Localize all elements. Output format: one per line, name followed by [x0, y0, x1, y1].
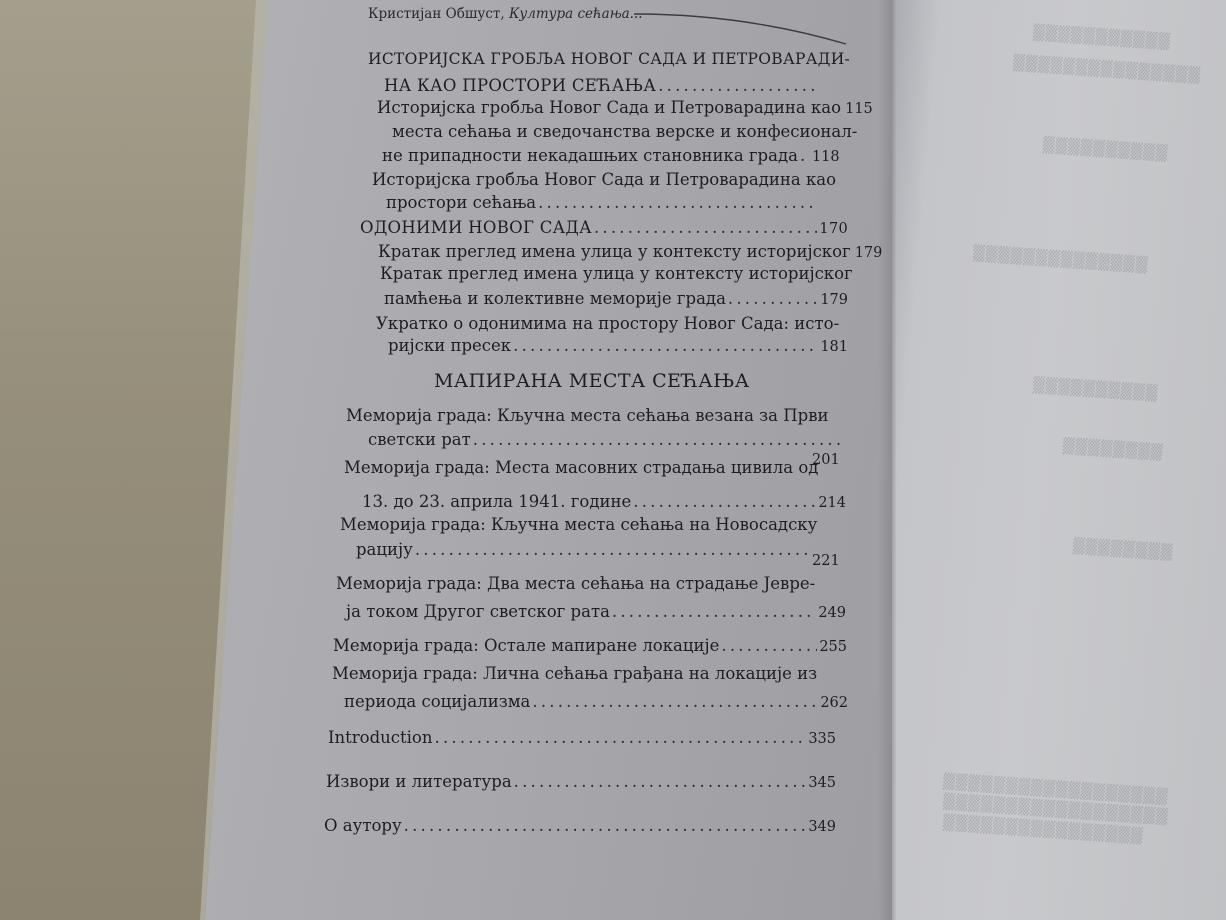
leader-dots: ........................................…: [513, 336, 818, 355]
entry-text: светски рат: [368, 430, 471, 449]
toc-entry[interactable]: простори сећања ........................…: [386, 193, 816, 212]
entry-text: ријски пресек: [388, 336, 511, 355]
page-number: 179: [855, 245, 883, 261]
entry-text: Меморија града: Места масовних страдања …: [344, 458, 818, 477]
toc-entry[interactable]: 13. до 23. априла 1941. године .........…: [362, 492, 846, 511]
entry-text: места сећања и сведочанства верске и кон…: [392, 122, 857, 141]
toc-entry[interactable]: Меморија града: Остале мапиране локације…: [333, 636, 847, 655]
toc-entry[interactable]: ја током Другог светског рата ..........…: [346, 602, 846, 621]
toc-entry-introduction[interactable]: Introduction ...........................…: [328, 728, 836, 747]
page-number: 335: [808, 731, 836, 747]
page-number: 345: [808, 775, 836, 791]
toc-entry[interactable]: рацију .................................…: [356, 540, 810, 559]
entry-text: Кратак преглед имена улица у контексту и…: [378, 242, 851, 261]
entry-text: Извори и литература: [326, 772, 512, 791]
entry-text: Укратко о одонимима на простору Новог Са…: [376, 314, 839, 333]
entry-text: Меморија града: Лична сећања грађана на …: [332, 664, 817, 683]
toc-entry[interactable]: периода социјализма ....................…: [344, 692, 848, 711]
section-heading: МАПИРАНА МЕСТА СЕЋАЊА: [434, 370, 750, 392]
leader-dots: ........................................…: [658, 76, 818, 95]
entry-text: Историјска гробља Новог Сада и Петровара…: [372, 170, 836, 189]
entry-text: не припадности некадашњих становника гра…: [382, 146, 798, 165]
leader-dots: ........................................…: [538, 193, 814, 212]
toc-entry[interactable]: не припадности некадашњих становника гра…: [382, 146, 848, 165]
table-of-contents: ИСТОРИЈСКА ГРОБЉА НОВОГ САДА И ПЕТРОВАРА…: [0, 0, 1226, 920]
entry-text: памћења и колективне меморије града: [384, 289, 726, 308]
entry-text: Меморија града: Кључна места сећања веза…: [346, 406, 829, 425]
leader-dots: ........................................…: [594, 218, 817, 237]
page-number: 115: [845, 101, 873, 117]
page-number: 214: [818, 495, 846, 511]
leader-dots: ........................................…: [473, 430, 846, 449]
leader-dots: ........................................…: [612, 602, 816, 621]
leader-dots: ........................................…: [415, 540, 808, 559]
page-number: 118: [812, 149, 840, 165]
leader-dots: ........................................…: [514, 772, 807, 791]
leader-dots: ........................................…: [532, 692, 818, 711]
toc-entry-about-author[interactable]: О аутору ...............................…: [324, 816, 836, 835]
page-number: 221: [812, 553, 840, 569]
page-number: 349: [808, 819, 836, 835]
toc-entry[interactable]: светски рат ............................…: [368, 430, 848, 449]
toc-entry[interactable]: Кратак преглед имена улица у контексту и…: [378, 242, 848, 261]
entry-text: простори сећања: [386, 193, 536, 212]
page-number: 181: [820, 339, 848, 355]
page-number: 262: [820, 695, 848, 711]
leader-dots: ........................................…: [721, 636, 817, 655]
entry-text: периода социјализма: [344, 692, 530, 711]
book-photo: ▒▒▒▒▒▒▒▒▒▒▒ ▒▒▒▒▒▒▒▒▒▒▒▒▒▒▒ ▒▒▒▒▒▒▒▒▒▒ ▒…: [0, 0, 1226, 920]
entry-text: 13. до 23. априла 1941. године: [362, 492, 631, 511]
entry-text: Меморија града: Два места сећања на стра…: [336, 574, 815, 593]
toc-entry[interactable]: Историјска гробља Новог Сада и Петровара…: [377, 98, 847, 117]
leader-dots: ........................................…: [404, 816, 807, 835]
page-number: 255: [819, 639, 847, 655]
chapter-title: ОДОНИМИ НОВОГ САДА: [360, 218, 592, 237]
leader-dots: ........................................…: [435, 728, 807, 747]
page-number: 170: [819, 221, 848, 237]
entry-text: ја током Другог светског рата: [346, 602, 610, 621]
entry-text: Меморија града: Кључна места сећања на Н…: [340, 515, 817, 534]
entry-text: Кратак преглед имена улица у контексту и…: [380, 264, 853, 283]
chapter-title-line: ИСТОРИЈСКА ГРОБЉА НОВОГ САДА И ПЕТРОВАРА…: [368, 50, 850, 68]
entry-text: Историјска гробља Новог Сада и Петровара…: [377, 98, 841, 117]
page-number: 179: [820, 292, 848, 308]
leader-dots: ........................................…: [728, 289, 818, 308]
entry-text: О аутору: [324, 816, 402, 835]
toc-entry[interactable]: ријски пресек ..........................…: [388, 336, 848, 355]
leader-dots: .: [800, 146, 810, 165]
entry-text: рацију: [356, 540, 413, 559]
toc-entry[interactable]: ОДОНИМИ НОВОГ САДА .....................…: [360, 218, 848, 237]
entry-text: Меморија града: Остале мапиране локације: [333, 636, 719, 655]
entry-text: Introduction: [328, 728, 433, 747]
chapter-title-line: НА КАО ПРОСТОРИ СЕЋАЊА: [384, 76, 656, 95]
toc-entry[interactable]: НА КАО ПРОСТОРИ СЕЋАЊА .................…: [384, 76, 820, 95]
toc-entry[interactable]: памћења и колективне меморије града ....…: [384, 289, 848, 308]
leader-dots: ........................................…: [633, 492, 816, 511]
toc-entry-sources[interactable]: Извори и литература ....................…: [326, 772, 836, 791]
page-number: 249: [818, 605, 846, 621]
